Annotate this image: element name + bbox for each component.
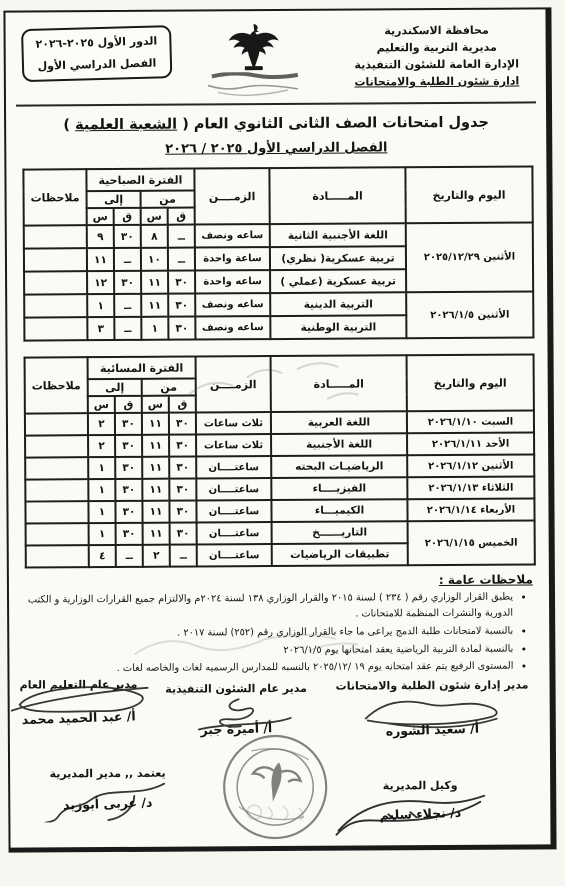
org-line-exams-dept: ادارة شئون الطلبة والامتحانات — [336, 73, 538, 91]
col-header-duration: الزمــــن — [196, 356, 271, 412]
notes-cell — [25, 479, 88, 501]
exam-row: الأثنين ٢٠٢٥/١٢/٢٩اللغة الأجنبية الثانية… — [24, 222, 533, 248]
exam-row: السبت ٢٠٢٦/١/١٠اللغة العربيةثلاث ساعات٣٠… — [25, 410, 534, 435]
subject-cell: الكيميـــاء — [271, 499, 407, 522]
from-hours-cell: ٨ — [141, 225, 168, 248]
from-minutes-cell: ٣٠ — [169, 457, 196, 479]
to-minutes-cell: ــ — [116, 545, 143, 567]
duration-cell: ساعتــــان — [196, 478, 271, 500]
to-minutes-cell: ــ — [114, 317, 141, 340]
subject-cell: الرياضيـات البحته — [271, 455, 407, 478]
duration-cell: ساعه ونصف — [195, 316, 270, 339]
org-block: محافظة الاسكندرية مديرية التربية والتعلي… — [336, 19, 538, 90]
subject-cell: التاريــــــخ — [272, 521, 408, 544]
col-header-minutes: ق — [115, 396, 142, 413]
to-hours-cell: ٩ — [87, 225, 114, 248]
signature-block-exams-director: مدير إدارة شئون الطلبة والامتحانات أ/ سع… — [325, 679, 540, 738]
term-round-box: الدور الأول ٢٠٢٥-٢٠٢٦ الفصل الدراسي الأو… — [21, 25, 172, 82]
col-header-evening-period: الفترة المسائية — [88, 357, 196, 380]
subject-cell: تربية عسكرية( نظري) — [270, 246, 406, 270]
term-box-session: الدور الأول ٢٠٢٥-٢٠٢٦ — [28, 34, 164, 51]
to-minutes-cell: ــ — [114, 294, 141, 317]
to-minutes-cell: ــ — [114, 248, 141, 271]
from-minutes-cell: ٣٠ — [168, 271, 195, 294]
to-minutes-cell: ٣٠ — [114, 225, 141, 248]
official-stamp-icon — [213, 725, 338, 850]
note-item: المستوى الرفيع يتم عقد امتحانه يوم ١٩ /٢… — [25, 659, 513, 678]
duration-cell: ثلاث ساعات — [196, 412, 271, 434]
from-hours-cell: ١١ — [142, 479, 169, 501]
term-box-semester: الفصل الدراسي الأول — [29, 56, 165, 73]
note-item: بالنسبة لامتحانات طلبة الدمج يراعى ما جا… — [25, 623, 513, 642]
col-header-hours: س — [88, 396, 115, 413]
to-hours-cell: ١ — [87, 294, 114, 317]
org-line-administration: الإدارة العامة للشئون التنفيذية — [336, 56, 538, 74]
col-header-day: اليوم والتاريخ — [405, 166, 532, 223]
from-hours-cell: ٢ — [143, 545, 170, 567]
notes-heading: ملاحظات عامة : — [25, 572, 533, 589]
from-minutes-cell: ٣٠ — [169, 479, 196, 501]
to-minutes-cell: ٣٠ — [115, 501, 142, 523]
col-header-minutes: ق — [114, 208, 141, 225]
to-hours-cell: ١ — [88, 479, 115, 501]
day-date-cell: الأثنين ٢٠٢٥/١٢/٢٩ — [406, 222, 533, 292]
letterhead: محافظة الاسكندرية مديرية التربية والتعلي… — [14, 19, 538, 99]
from-hours-cell: ١٠ — [141, 248, 168, 271]
notes-list: يطبق القرار الوزاري رقم ( ٢٣٤ ) لسنة ٢٠١… — [25, 589, 534, 677]
to-hours-cell: ١ — [88, 457, 115, 479]
subject-cell: اللغة الأجنبية — [271, 433, 407, 456]
signature-block-general-education-director: مدير عام التعليم العام أ/ عبد الحميد محم… — [8, 678, 150, 726]
day-date-cell: الأثنين ٢٠٢٦/١/٥ — [406, 291, 533, 338]
duration-cell: ساعتــــان — [197, 544, 272, 566]
notes-cell — [24, 294, 87, 317]
page-subtitle: الفصل الدراسي الأول ٢٠٢٥ / ٢٠٢٦ — [14, 139, 538, 157]
signature-title: مدير إدارة شئون الطلبة والامتحانات — [325, 679, 540, 693]
col-header-minutes: ق — [169, 396, 196, 413]
from-hours-cell: ١١ — [142, 413, 169, 435]
from-minutes-cell: ــ — [170, 545, 197, 567]
notes-cell — [24, 225, 87, 248]
to-hours-cell: ١١ — [87, 248, 114, 271]
signature-block-directorate-director: يعتمد ,, مدير المديرية د/ عربى أبوزيد — [25, 767, 190, 812]
from-minutes-cell: ــ — [168, 225, 195, 248]
day-date-cell: الأحد ٢٠٢٦/١/١١ — [407, 432, 534, 455]
col-header-to: إلى — [88, 379, 142, 396]
col-header-duration: الزمــــن — [194, 168, 269, 224]
notes-cell — [25, 457, 88, 479]
col-header-hours: س — [142, 396, 169, 413]
egypt-eagle-emblem-icon — [172, 21, 336, 99]
col-header-to: إلى — [87, 191, 141, 208]
to-minutes-cell: ٣٠ — [115, 413, 142, 435]
col-header-hours: س — [141, 208, 168, 225]
from-minutes-cell: ٣٠ — [170, 523, 197, 545]
subject-cell: التربية الوطنية — [270, 315, 406, 339]
to-minutes-cell: ٣٠ — [115, 479, 142, 501]
day-date-cell: الثلاثاء ٢٠٢٦/١/١٣ — [407, 476, 534, 499]
duration-cell: ساعه ونصف — [195, 224, 270, 247]
signatures-section: مدير إدارة شئون الطلبة والامتحانات أ/ سع… — [18, 679, 543, 850]
to-hours-cell: ١٢ — [87, 271, 114, 294]
emblem-caption-scribble — [198, 72, 310, 99]
col-header-hours: س — [87, 208, 114, 225]
notes-cell — [24, 317, 87, 340]
notes-cell — [25, 435, 88, 457]
signature-block-deputy-director: وكيل المديرية د/ نجلاء سليم — [350, 779, 490, 822]
evening-table-body: السبت ٢٠٢٦/١/١٠اللغة العربيةثلاث ساعات٣٠… — [25, 410, 535, 567]
to-hours-cell: ٤ — [89, 545, 116, 567]
from-hours-cell: ١١ — [142, 457, 169, 479]
morning-table-body: الأثنين ٢٠٢٥/١٢/٢٩اللغة الأجنبية الثانية… — [24, 222, 534, 340]
exam-row: الأحد ٢٠٢٦/١/١١اللغة الأجنبيةثلاث ساعات٣… — [25, 432, 534, 457]
title-section-highlight: الشعبة العلمية — [75, 117, 177, 134]
signature-title: مدير عام الشئون التنفيذية — [159, 682, 314, 696]
from-hours-cell: ١١ — [142, 501, 169, 523]
duration-cell: ساعتــــان — [196, 500, 271, 522]
to-hours-cell: ١ — [89, 523, 116, 545]
to-hours-cell: ٢ — [88, 435, 115, 457]
col-header-day: اليوم والتاريخ — [407, 354, 534, 411]
general-notes: ملاحظات عامة : يطبق القرار الوزاري رقم (… — [25, 572, 534, 677]
from-hours-cell: ١١ — [142, 435, 169, 457]
duration-cell: ساعة واحدة — [195, 247, 270, 270]
duration-cell: ساعتــــان — [196, 456, 271, 478]
from-hours-cell: ١١ — [143, 523, 170, 545]
subtitle-text: الفصل الدراسي الأول ٢٠٢٥ / ٢٠٢٦ — [165, 140, 387, 156]
duration-cell: ساعه واحدة — [195, 270, 270, 293]
notes-cell — [24, 248, 87, 271]
from-minutes-cell: ٣٠ — [169, 501, 196, 523]
from-hours-cell: ١١ — [141, 271, 168, 294]
note-item: بالنسبة لمادة التربية الرياضية يعقد امتح… — [25, 641, 513, 660]
day-date-cell: الخميس ٢٠٢٦/١/١٥ — [408, 520, 535, 565]
duration-cell: ساعتــــان — [197, 522, 272, 544]
from-minutes-cell: ٣٠ — [169, 435, 196, 457]
col-header-subject: المـــــادة — [269, 167, 405, 224]
col-header-from: من — [141, 191, 195, 208]
from-minutes-cell: ٣٠ — [168, 294, 195, 317]
subject-cell: اللغة الأجنبية الثانية — [270, 223, 406, 247]
day-date-cell: الأثنين ٢٠٢٦/١/١٢ — [407, 454, 534, 477]
duration-cell: ثلاث ساعات — [196, 434, 271, 456]
org-line-directorate: مديرية التربية والتعليم — [336, 38, 538, 56]
col-header-morning-period: الفترة الصباحية — [86, 169, 194, 192]
day-date-cell: الأربعاء ٢٠٢٦/١/١٤ — [407, 498, 534, 521]
notes-cell — [24, 271, 87, 294]
to-minutes-cell: ٣٠ — [114, 271, 141, 294]
notes-cell — [26, 545, 89, 567]
duration-cell: ساعه ونصف — [195, 293, 270, 316]
header-divider — [16, 101, 536, 106]
title-suffix: ) — [63, 117, 75, 133]
subject-cell: اللغة العربية — [271, 411, 407, 434]
from-minutes-cell: ــ — [168, 248, 195, 271]
signature-title: وكيل المديرية — [350, 779, 490, 793]
subject-cell: تطبيقات الرياضيات — [272, 543, 408, 566]
evening-exam-table: اليوم والتاريخ المـــــادة الزمــــن الف… — [24, 353, 536, 568]
to-hours-cell: ٣ — [87, 317, 114, 340]
to-minutes-cell: ٣٠ — [115, 435, 142, 457]
scanned-page: محافظة الاسكندرية مديرية التربية والتعلي… — [0, 0, 565, 886]
notes-cell — [25, 501, 88, 523]
col-header-notes: ملاحظات — [25, 357, 88, 413]
col-header-minutes: ق — [168, 208, 195, 225]
note-item: يطبق القرار الوزاري رقم ( ٢٣٤ ) لسنة ٢٠١… — [25, 590, 513, 625]
subject-cell: التربية الدينية — [270, 292, 406, 316]
subject-cell: الفيزيــــاء — [271, 477, 407, 500]
exam-row: الثلاثاء ٢٠٢٦/١/١٣الفيزيــــاءساعتــــان… — [25, 476, 534, 501]
morning-exam-table: اليوم والتاريخ المـــــادة الزمــــن الف… — [22, 165, 534, 341]
subject-cell: تربية عسكرية (عملي ) — [270, 269, 406, 293]
exam-row: الأثنين ٢٠٢٦/١/٥التربية الدينيةساعه ونصف… — [24, 291, 533, 317]
to-minutes-cell: ٣٠ — [115, 457, 142, 479]
from-hours-cell: ١ — [141, 317, 168, 340]
signature-name: أ/ عبد الحميد محمد — [8, 708, 150, 728]
org-line-governorate: محافظة الاسكندرية — [336, 21, 538, 39]
notes-cell — [25, 413, 88, 435]
to-hours-cell: ١ — [88, 501, 115, 523]
col-header-subject: المـــــادة — [271, 355, 407, 412]
to-minutes-cell: ٣٠ — [116, 523, 143, 545]
day-date-cell: السبت ٢٠٢٦/١/١٠ — [407, 410, 534, 433]
from-minutes-cell: ٣٠ — [168, 317, 195, 340]
exam-row: الأثنين ٢٠٢٦/١/١٢الرياضيـات البحتهساعتــ… — [25, 454, 534, 479]
col-header-notes: ملاحظات — [23, 169, 86, 225]
exam-row: الخميس ٢٠٢٦/١/١٥التاريــــــخساعتــــان٣… — [26, 520, 535, 545]
from-minutes-cell: ٣٠ — [169, 413, 196, 435]
to-hours-cell: ٢ — [88, 413, 115, 435]
from-hours-cell: ١١ — [141, 294, 168, 317]
exam-row: الأربعاء ٢٠٢٦/١/١٤الكيميـــاءساعتــــان٣… — [25, 498, 534, 523]
col-header-from: من — [142, 379, 196, 396]
notes-cell — [26, 523, 89, 545]
document-frame: محافظة الاسكندرية مديرية التربية والتعلي… — [3, 7, 556, 852]
title-prefix: جدول امتحانات الصف الثانى الثانوي العام … — [177, 115, 489, 133]
page-title: جدول امتحانات الصف الثانى الثانوي العام … — [14, 114, 538, 133]
signature-title: يعتمد ,, مدير المديرية — [25, 767, 190, 781]
